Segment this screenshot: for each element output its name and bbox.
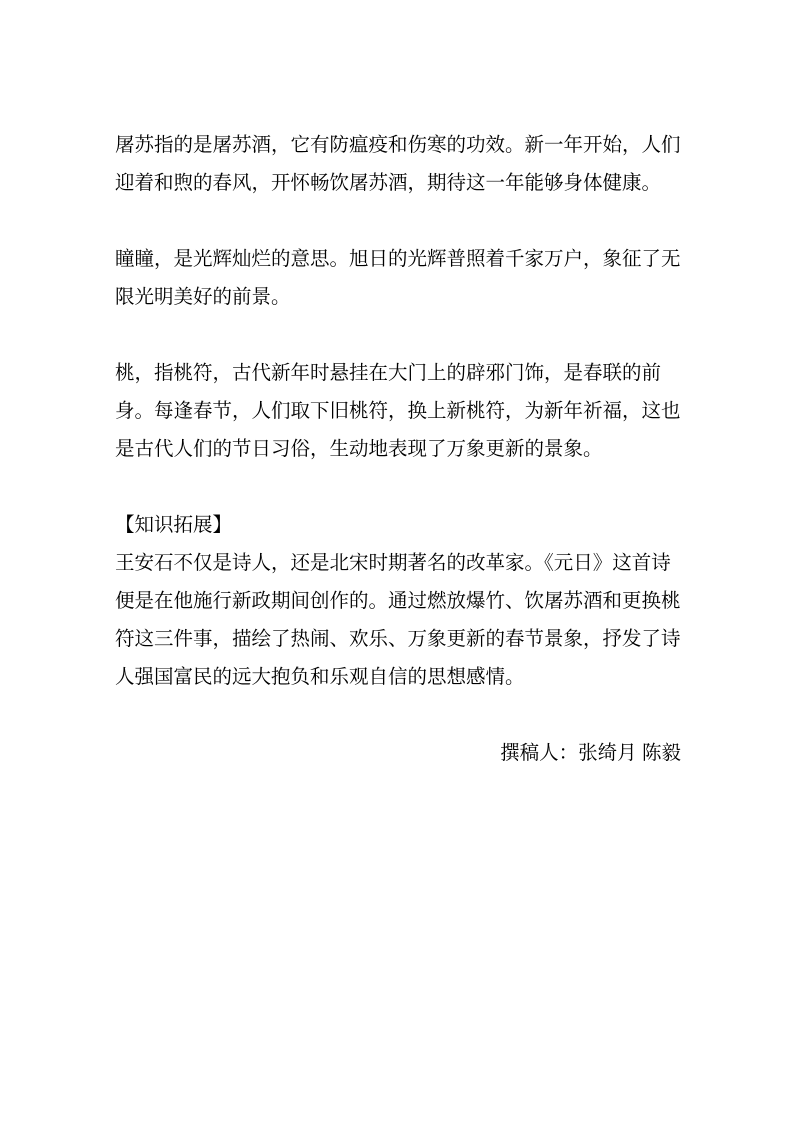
section-heading-knowledge-expansion: 【知识拓展】 [115,506,681,544]
text-line: 瞳瞳，是光辉灿烂的意思。旭日的光辉普照着千家万户，象征了无 [115,240,681,278]
document-page: 屠苏指的是屠苏酒，它有防瘟疫和伤寒的功效。新一年开始，人们 迎着和煦的春风，开怀… [0,0,793,1123]
text-line: 屠苏指的是屠苏酒，它有防瘟疫和伤寒的功效。新一年开始，人们 [115,126,681,164]
document-body-text: 屠苏指的是屠苏酒，它有防瘟疫和伤寒的功效。新一年开始，人们 迎着和煦的春风，开怀… [115,126,681,772]
text-line: 王安石不仅是诗人，还是北宋时期著名的改革家。《元日》这首诗 [115,544,681,582]
paragraph-taofu: 桃，指桃符，古代新年时悬挂在大门上的辟邪门饰，是春联的前 身。每逢春节，人们取下… [115,354,681,468]
byline-authors: 撰稿人：张绮月 陈毅 [115,734,681,772]
paragraph-tongtong: 瞳瞳，是光辉灿烂的意思。旭日的光辉普照着千家万户，象征了无 限光明美好的前景。 [115,240,681,316]
paragraph-knowledge-expansion: 王安石不仅是诗人，还是北宋时期著名的改革家。《元日》这首诗 便是在他施行新政期间… [115,544,681,696]
text-line: 限光明美好的前景。 [115,278,681,316]
text-line: 符这三件事，描绘了热闹、欢乐、万象更新的春节景象，抒发了诗 [115,620,681,658]
text-line: 桃，指桃符，古代新年时悬挂在大门上的辟邪门饰，是春联的前 [115,354,681,392]
text-line: 是古代人们的节日习俗，生动地表现了万象更新的景象。 [115,430,681,468]
text-line: 人强国富民的远大抱负和乐观自信的思想感情。 [115,658,681,696]
paragraph-tusu: 屠苏指的是屠苏酒，它有防瘟疫和伤寒的功效。新一年开始，人们 迎着和煦的春风，开怀… [115,126,681,202]
text-line: 迎着和煦的春风，开怀畅饮屠苏酒，期待这一年能够身体健康。 [115,164,681,202]
text-line: 便是在他施行新政期间创作的。通过燃放爆竹、饮屠苏酒和更换桃 [115,582,681,620]
text-line: 身。每逢春节，人们取下旧桃符，换上新桃符，为新年祈福，这也 [115,392,681,430]
